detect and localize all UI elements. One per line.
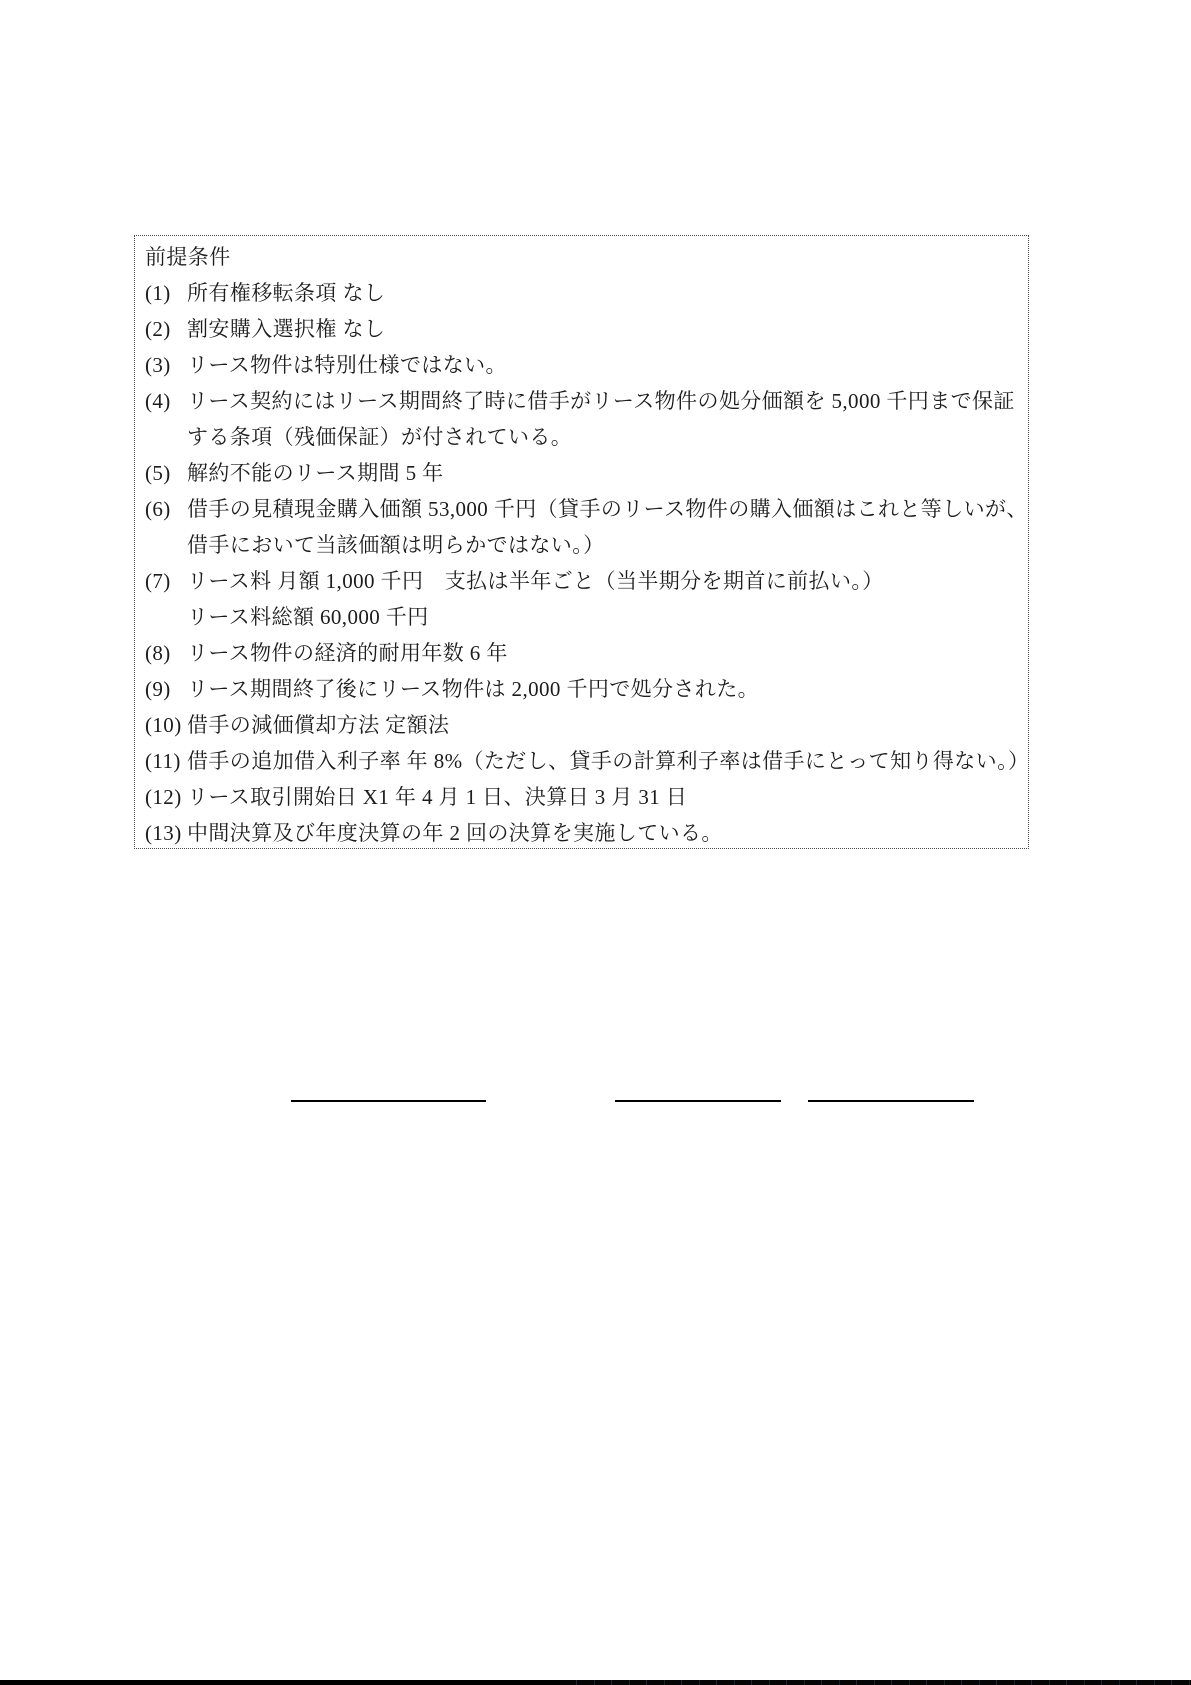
item-text: 解約不能のリース期間 5 年 (187, 455, 444, 491)
item-number: (11) (145, 743, 187, 779)
answer-underline-2 (615, 1100, 781, 1102)
list-item: (12)リース取引開始日 X1 年 4 月 1 日、決算日 3 月 31 日 (145, 779, 1022, 815)
list-item: (11)借手の追加借入利子率 年 8%（ただし、貸手の計算利子率は借手にとって知… (145, 743, 1022, 779)
list-item: (1)所有権移転条項 なし (145, 275, 1022, 311)
item-text: 借手の見積現金購入価額 53,000 千円（貸手のリース物件の購入価額はこれと等… (187, 491, 1028, 563)
item-number: (10) (145, 707, 187, 743)
answer-underline-3 (808, 1100, 974, 1102)
item-text: 借手の追加借入利子率 年 8%（ただし、貸手の計算利子率は借手にとって知り得ない… (187, 743, 1029, 779)
list-item: (2)割安購入選択権 なし (145, 311, 1022, 347)
preconditions-list: (1)所有権移転条項 なし(2)割安購入選択権 なし(3)リース物件は特別仕様で… (145, 275, 1022, 851)
item-number: (6) (145, 491, 187, 527)
list-item: (8)リース物件の経済的耐用年数 6 年 (145, 635, 1022, 671)
item-number: (3) (145, 347, 187, 383)
item-number: (5) (145, 455, 187, 491)
list-item: (4)リース契約にはリース期間終了時に借手がリース物件の処分価額を 5,000 … (145, 383, 1022, 455)
list-item: (10)借手の減価償却方法 定額法 (145, 707, 1022, 743)
item-number: (8) (145, 635, 187, 671)
next-page-edge (0, 1680, 1191, 1685)
item-text: 所有権移転条項 なし (187, 275, 385, 311)
item-text: リース取引開始日 X1 年 4 月 1 日、決算日 3 月 31 日 (187, 779, 687, 815)
next-page-edge-solid (0, 1680, 560, 1685)
list-item: (7)リース料 月額 1,000 千円 支払は半年ごと（当半期分を期首に前払い。… (145, 563, 1022, 635)
item-text: 借手の減価償却方法 定額法 (187, 707, 449, 743)
next-page-edge-dashed (560, 1680, 1191, 1685)
answer-underline-1 (291, 1100, 486, 1102)
item-text: リース契約にはリース期間終了時に借手がリース物件の処分価額を 5,000 千円ま… (187, 383, 1015, 455)
item-number: (13) (145, 815, 187, 851)
item-text: 割安購入選択権 なし (187, 311, 385, 347)
item-number: (1) (145, 275, 187, 311)
item-number: (2) (145, 311, 187, 347)
item-text: リース物件は特別仕様ではない。 (187, 347, 507, 383)
item-number: (9) (145, 671, 187, 707)
item-number: (12) (145, 779, 187, 815)
item-text: リース物件の経済的耐用年数 6 年 (187, 635, 508, 671)
document-page: 前提条件 (1)所有権移転条項 なし(2)割安購入選択権 なし(3)リース物件は… (0, 0, 1191, 1685)
preconditions-title: 前提条件 (145, 239, 1022, 275)
list-item: (9)リース期間終了後にリース物件は 2,000 千円で処分された。 (145, 671, 1022, 707)
list-item: (3)リース物件は特別仕様ではない。 (145, 347, 1022, 383)
item-number: (4) (145, 383, 187, 419)
preconditions-box: 前提条件 (1)所有権移転条項 なし(2)割安購入選択権 なし(3)リース物件は… (134, 235, 1029, 849)
item-text: リース料 月額 1,000 千円 支払は半年ごと（当半期分を期首に前払い。）リー… (187, 563, 884, 635)
item-text: リース期間終了後にリース物件は 2,000 千円で処分された。 (187, 671, 759, 707)
item-number: (7) (145, 563, 187, 599)
list-item: (6)借手の見積現金購入価額 53,000 千円（貸手のリース物件の購入価額はこ… (145, 491, 1022, 563)
item-text: 中間決算及び年度決算の年 2 回の決算を実施している。 (187, 815, 723, 851)
list-item: (13)中間決算及び年度決算の年 2 回の決算を実施している。 (145, 815, 1022, 851)
list-item: (5)解約不能のリース期間 5 年 (145, 455, 1022, 491)
